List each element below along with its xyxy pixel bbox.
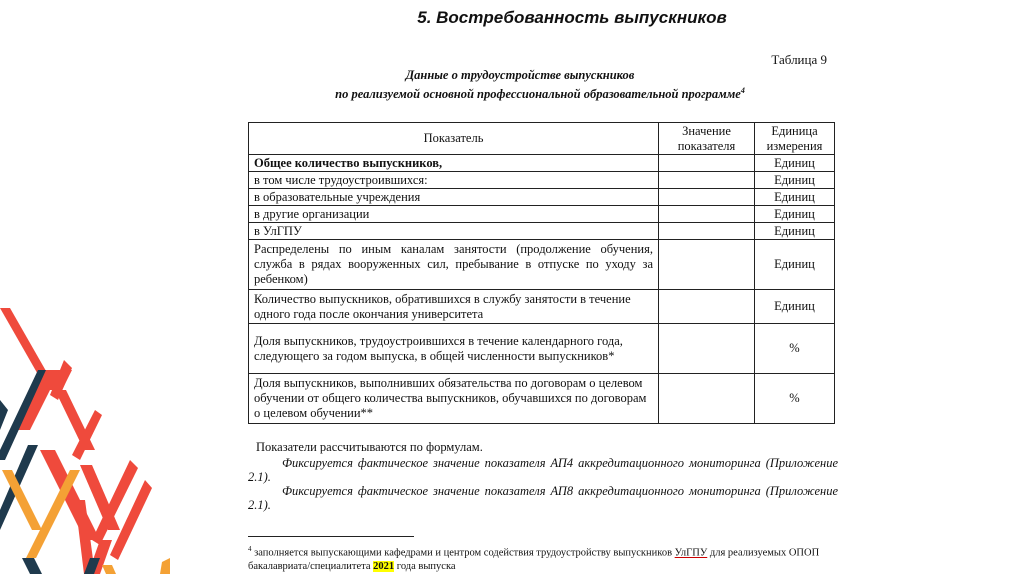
table-row: в образовательные учреждения Единиц <box>249 189 835 206</box>
indicator-cell: в том числе трудоустроившихся: <box>249 172 659 189</box>
unit-cell: Единиц <box>755 155 835 172</box>
slide-title: 5. Востребованность выпускников <box>0 8 1024 28</box>
note-ap4: Фиксируется фактическое значение показат… <box>248 456 838 484</box>
notes-intro: Показатели рассчитываются по формулам. <box>248 440 838 454</box>
table-row: Доля выпускников, выполнивших обязательс… <box>249 374 835 424</box>
unit-cell: % <box>755 324 835 374</box>
table-heading-line1: Данные о трудоустройстве выпускников <box>260 68 780 83</box>
unit-cell: Единиц <box>755 240 835 290</box>
column-header-value: Значение показателя <box>659 123 755 155</box>
highlighted-year: 2021 <box>373 561 394 572</box>
unit-cell: Единиц <box>755 172 835 189</box>
value-cell <box>659 206 755 223</box>
value-cell <box>659 223 755 240</box>
value-cell <box>659 240 755 290</box>
indicator-cell: в образовательные учреждения <box>249 189 659 206</box>
unit-cell: Единиц <box>755 206 835 223</box>
column-header-unit: Единица измерения <box>755 123 835 155</box>
note-ap8: Фиксируется фактическое значение показат… <box>248 484 838 512</box>
indicator-cell: Распределены по иным каналам занятости (… <box>249 240 659 290</box>
footnote-divider <box>248 536 414 537</box>
table-row: в УлГПУ Единиц <box>249 223 835 240</box>
indicator-cell: в другие организации <box>249 206 659 223</box>
table-row: в том числе трудоустроившихся: Единиц <box>249 172 835 189</box>
footnote-reference: 4 <box>741 86 745 95</box>
table-row: Распределены по иным каналам занятости (… <box>249 240 835 290</box>
table-row: Доля выпускников, трудоустроившихся в те… <box>249 324 835 374</box>
unit-cell: Единиц <box>755 189 835 206</box>
table-row: Общее количество выпускников, Единиц <box>249 155 835 172</box>
table-number: Таблица 9 <box>700 52 827 68</box>
table-heading-line2: по реализуемой основной профессиональной… <box>250 86 830 102</box>
decorative-pattern <box>0 300 170 574</box>
value-cell <box>659 155 755 172</box>
value-cell <box>659 189 755 206</box>
table-row: в другие организации Единиц <box>249 206 835 223</box>
indicator-cell: Общее количество выпускников, <box>249 155 659 172</box>
table-row: Количество выпускников, обратившихся в с… <box>249 290 835 324</box>
value-cell <box>659 290 755 324</box>
value-cell <box>659 374 755 424</box>
indicator-cell: Доля выпускников, выполнивших обязательс… <box>249 374 659 424</box>
value-cell <box>659 172 755 189</box>
unit-cell: Единиц <box>755 223 835 240</box>
column-header-indicator: Показатель <box>249 123 659 155</box>
org-name: УлГПУ <box>675 548 708 559</box>
unit-cell: % <box>755 374 835 424</box>
red-stripes <box>0 308 152 574</box>
unit-cell: Единиц <box>755 290 835 324</box>
table-notes: Показатели рассчитываются по формулам. Ф… <box>248 440 838 512</box>
indicator-cell: Доля выпускников, трудоустроившихся в те… <box>249 324 659 374</box>
indicator-cell: Количество выпускников, обратившихся в с… <box>249 290 659 324</box>
employment-data-table: Показатель Значение показателя Единица и… <box>248 122 835 424</box>
footnote: 4 заполняется выпускающими кафедрами и ц… <box>248 543 838 573</box>
table-header-row: Показатель Значение показателя Единица и… <box>249 123 835 155</box>
indicator-cell: в УлГПУ <box>249 223 659 240</box>
value-cell <box>659 324 755 374</box>
